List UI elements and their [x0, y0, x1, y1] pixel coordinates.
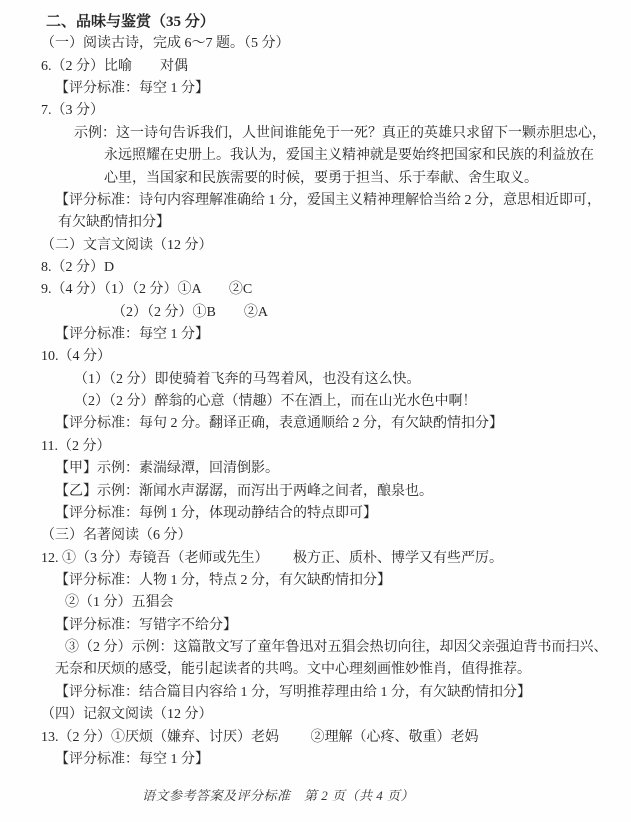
answer-q12-part1: 12. ①（3 分）寿镜吾（老师或先生） 极方正、质朴、博学又有些严厉。 [0, 548, 631, 570]
criteria-q12-part2: 【评分标准：写错字不给分】 [0, 615, 631, 637]
criteria-q6: 【评分标准：每空 1 分】 [0, 78, 631, 100]
page-content: 二、品味与鉴赏（35 分） （一）阅读古诗，完成 6～7 题。（5 分） 6.（… [0, 11, 631, 771]
example-q7-line2: 永远照耀在史册上。我认为，爱国主义精神就是要始终把国家和民族的利益放在 [0, 145, 631, 167]
answer-q12-part2: ②（1 分）五猖会 [0, 592, 631, 614]
answer-key-page: 二、品味与鉴赏（35 分） （一）阅读古诗，完成 6～7 题。（5 分） 6.（… [0, 0, 631, 822]
example-q7-line3: 心里，当国家和民族需要的时候，要勇于担当、乐于奉献、舍生取义。 [0, 168, 631, 190]
section-heading-2: 二、品味与鉴赏（35 分） [0, 11, 631, 33]
subsection-heading-poetry: （一）阅读古诗，完成 6～7 题。（5 分） [0, 33, 631, 55]
answer-q11-yi: 【乙】示例：渐闻水声潺潺，而泻出于两峰之间者，酿泉也。 [0, 481, 631, 503]
answer-q12-part3-line1: ③（2 分）示例：这篇散文写了童年鲁迅对五猖会热切向往，却因父亲强迫背书而扫兴、 [0, 637, 631, 659]
answer-q11-jia: 【甲】示例：素湍绿潭，回清倒影。 [0, 458, 631, 480]
answer-q9-line2: （2）（2 分）①B ②A [0, 302, 631, 324]
subsection-heading-literature: （三）名著阅读（6 分） [0, 525, 631, 547]
criteria-q12-part3: 【评分标准：结合篇目内容给 1 分，写明推荐理由给 1 分，有欠缺酌情扣分】 [0, 682, 631, 704]
answer-q10: 10.（4 分） [0, 346, 631, 368]
criteria-q7-line1: 【评分标准：诗句内容理解准确给 1 分，爱国主义精神理解恰当给 2 分，意思相近… [0, 190, 631, 212]
answer-q6: 6.（2 分）比喻 对偶 [0, 56, 631, 78]
answer-q8: 8.（2 分）D [0, 257, 631, 279]
criteria-q11: 【评分标准：每例 1 分，体现动静结合的特点即可】 [0, 503, 631, 525]
criteria-q7-line2: 有欠缺酌情扣分】 [0, 212, 631, 234]
subsection-heading-classical: （二）文言文阅读（12 分） [0, 235, 631, 257]
criteria-q12-part1: 【评分标准：人物 1 分，特点 2 分，有欠缺酌情扣分】 [0, 570, 631, 592]
answer-q9-line1: 9.（4 分）（1）（2 分）①A ②C [0, 279, 631, 301]
example-q7-line1: 示例：这一诗句告诉我们，人世间谁能免于一死？真正的英雄只求留下一颗赤胆忠心， [0, 123, 631, 145]
answer-q13: 13.（2 分）①厌烦（嫌弃、讨厌）老妈 ②理解（心疼、敬重）老妈 [0, 727, 631, 749]
page-footer: 语文参考答案及评分标准 第 2 页（共 4 页） [0, 786, 556, 806]
criteria-q10: 【评分标准：每句 2 分。翻译正确，表意通顺给 2 分，有欠缺酌情扣分】 [0, 413, 631, 435]
answer-q10-part1: （1）（2 分）即使骑着飞奔的马驾着风，也没有这么快。 [0, 369, 631, 391]
answer-q11: 11.（2 分） [0, 436, 631, 458]
answer-q10-part2: （2）（2 分）醉翁的心意（情趣）不在酒上，而在山光水色中啊！ [0, 391, 631, 413]
criteria-q13: 【评分标准：每空 1 分】 [0, 749, 631, 771]
subsection-heading-narrative: （四）记叙文阅读（12 分） [0, 704, 631, 726]
answer-q12-part3-line2: 无奈和厌烦的感受，能引起读者的共鸣。文中心理刻画惟妙惟肖，值得推荐。 [0, 659, 631, 681]
answer-q7: 7.（3 分） [0, 100, 631, 122]
criteria-q9: 【评分标准：每空 1 分】 [0, 324, 631, 346]
